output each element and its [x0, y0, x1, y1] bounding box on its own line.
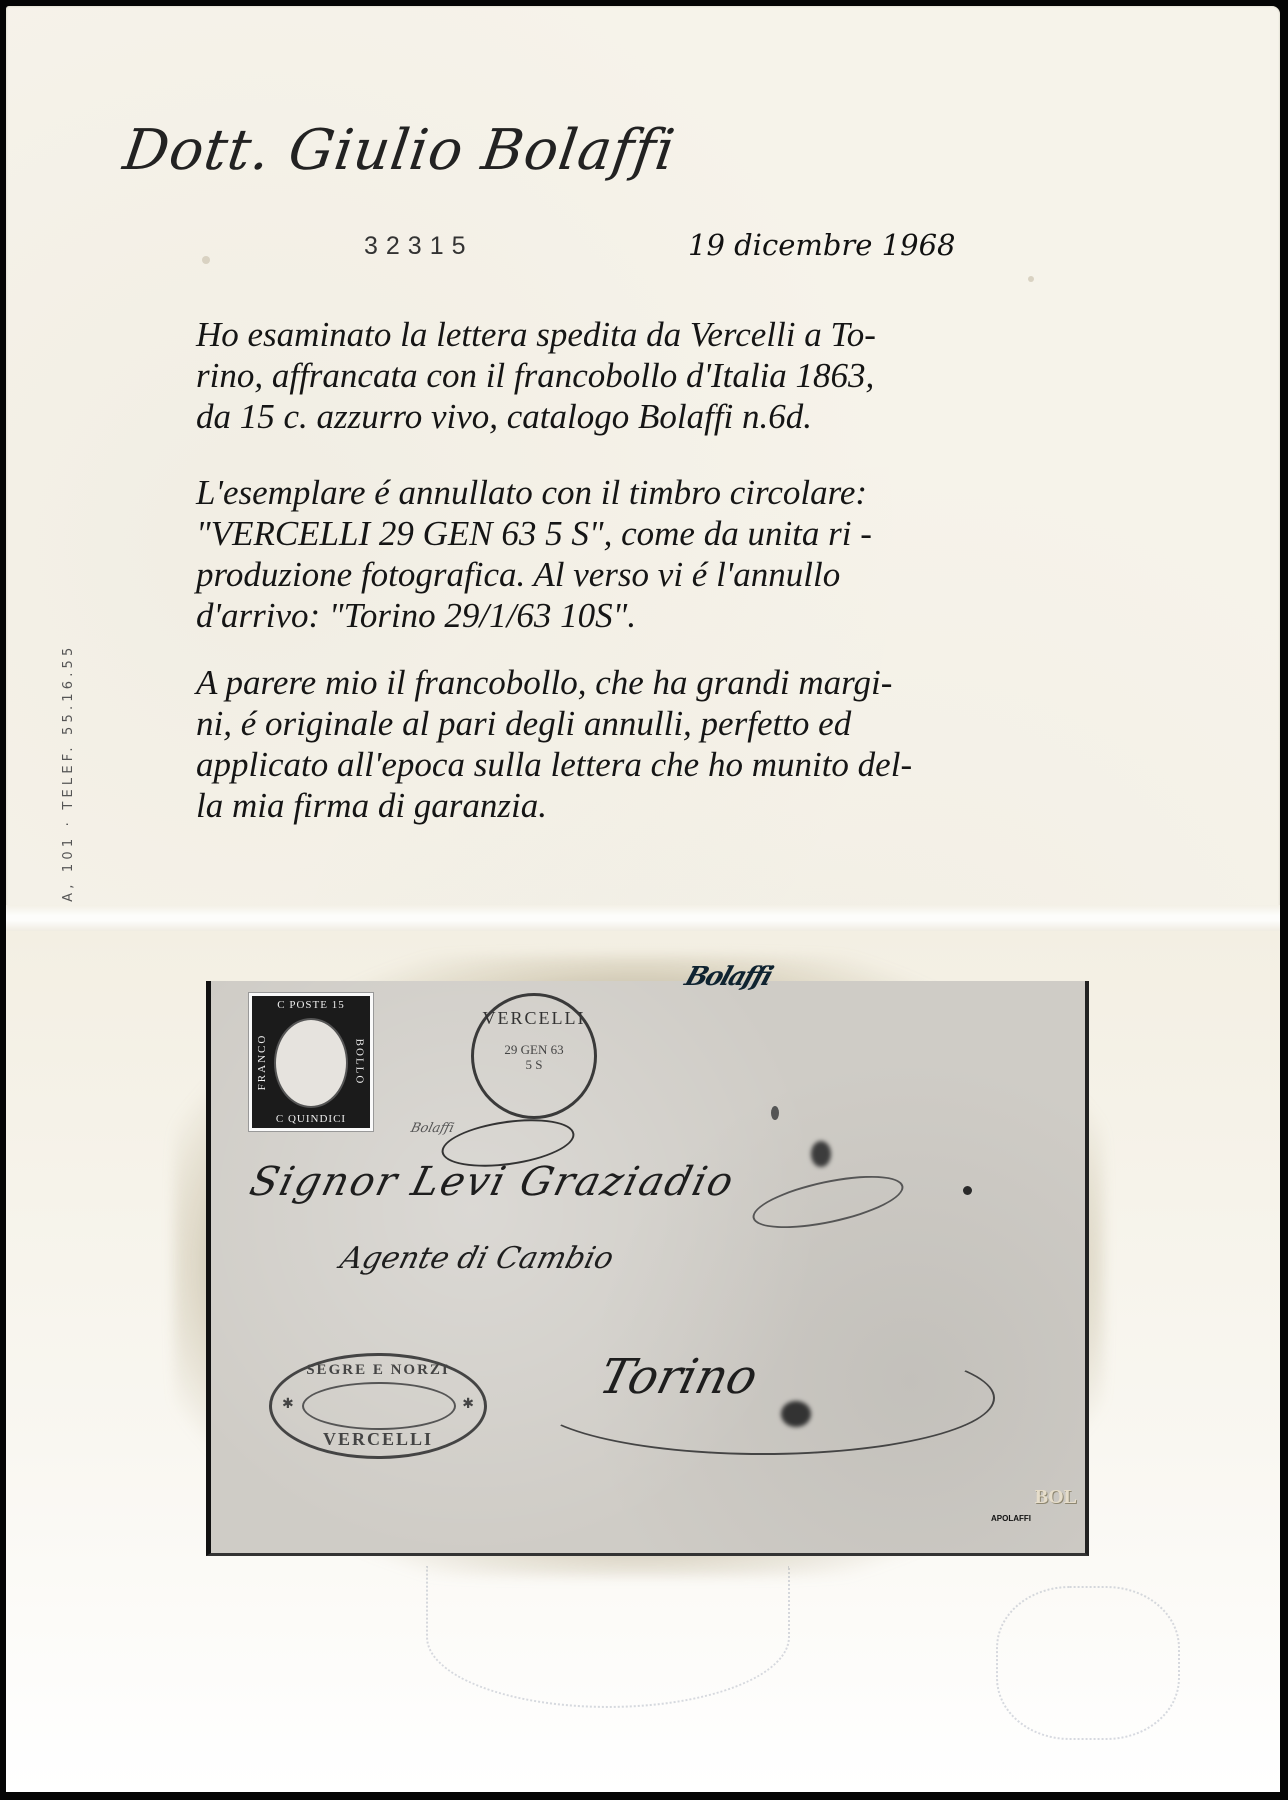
guarantee-handstamp: APOLAFFI [991, 1514, 1031, 1523]
paragraph-line: la mia firma di garanzia. [196, 785, 1126, 826]
paragraph-line: da 15 c. azzurro vivo, catalogo Bolaffi … [196, 396, 1126, 437]
pencil-note: Bolaffi [409, 1121, 455, 1136]
paragraph-line: ni, é originale al pari degli annulli, p… [196, 703, 1126, 744]
guarantee-embossing: BOL [1035, 1486, 1077, 1509]
handwriting-flourish [748, 1165, 907, 1238]
paragraph-line: applicato all'epoca sulla lettera che ho… [196, 744, 1126, 785]
certificate-number: 32315 [364, 232, 474, 261]
certificate-date: 19 dicembre 1968 [688, 228, 955, 262]
paragraph-line: rino, affrancata con il francobollo d'It… [196, 355, 1126, 396]
paragraph-line: L'esemplare é annullato con il timbro ci… [196, 472, 1126, 513]
sender-city: VERCELLI [272, 1429, 484, 1450]
paragraph-line: produzione fotografica. Al verso vi é l'… [196, 554, 1126, 595]
paragraph-line: A parere mio il francobollo, che ha gran… [196, 662, 1126, 703]
circular-postmark: VERCELLI 29 GEN 63 5 S [471, 993, 597, 1119]
stamp-top-label: C POSTE 15 [252, 999, 370, 1011]
paragraph-1: Ho esaminato la lettera spedita da Verce… [196, 314, 1126, 437]
postmark-date: 29 GEN 63 5 S [474, 1042, 594, 1072]
address-line-city: Torino [594, 1349, 763, 1405]
embossed-seal [996, 1586, 1180, 1740]
expert-signature: Bolaffi [681, 962, 775, 992]
address-line-title: Agente di Cambio [337, 1241, 618, 1276]
paragraph-2: L'esemplare é annullato con il timbro ci… [196, 472, 1126, 636]
postmark-day: 29 GEN 63 [474, 1042, 594, 1057]
star-icon: ✱ [462, 1396, 474, 1413]
sender-stamp-inner-ring [302, 1382, 456, 1430]
paragraph-line: "VERCELLI 29 GEN 63 5 S", come da unita … [196, 513, 1126, 554]
ink-spot [771, 1106, 779, 1120]
postmark-town: VERCELLI [474, 1008, 594, 1029]
paper-spot [1028, 276, 1034, 282]
stamp-bottom-label: C QUINDICI [252, 1113, 370, 1125]
paragraph-line: d'arrivo: "Torino 29/1/63 10S". [196, 595, 1126, 636]
paragraph-line: Ho esaminato la lettera spedita da Verce… [196, 314, 1126, 355]
cover-photograph: C POSTE 15 FRANCO BOLLO C QUINDICI VERCE… [206, 981, 1089, 1556]
embossed-seal [426, 1566, 790, 1708]
address-line-recipient: Signor Levi Graziadio [245, 1159, 739, 1205]
ink-spot [781, 1401, 811, 1427]
paragraph-3: A parere mio il francobollo, che ha gran… [196, 662, 1126, 826]
ink-spot [963, 1186, 972, 1195]
certificate-sheet: Dott. Giulio Bolaffi 32315 19 dicembre 1… [6, 6, 1280, 1792]
paper-spot [202, 256, 210, 264]
letterhead: Dott. Giulio Bolaffi [119, 118, 679, 183]
fold-line [6, 905, 1280, 931]
sender-name: SEGRE E NORZI [272, 1362, 484, 1379]
star-icon: ✱ [282, 1396, 294, 1413]
postage-stamp: C POSTE 15 FRANCO BOLLO C QUINDICI [249, 993, 373, 1131]
stamp-left-label: FRANCO [256, 1034, 268, 1091]
ink-spot [811, 1141, 831, 1167]
postmark-time: 5 S [474, 1057, 594, 1072]
stamp-portrait-oval [274, 1018, 348, 1108]
sender-oval-stamp: SEGRE E NORZI ✱ ✱ VERCELLI [269, 1353, 487, 1459]
stamp-right-label: BOLLO [354, 1039, 366, 1086]
